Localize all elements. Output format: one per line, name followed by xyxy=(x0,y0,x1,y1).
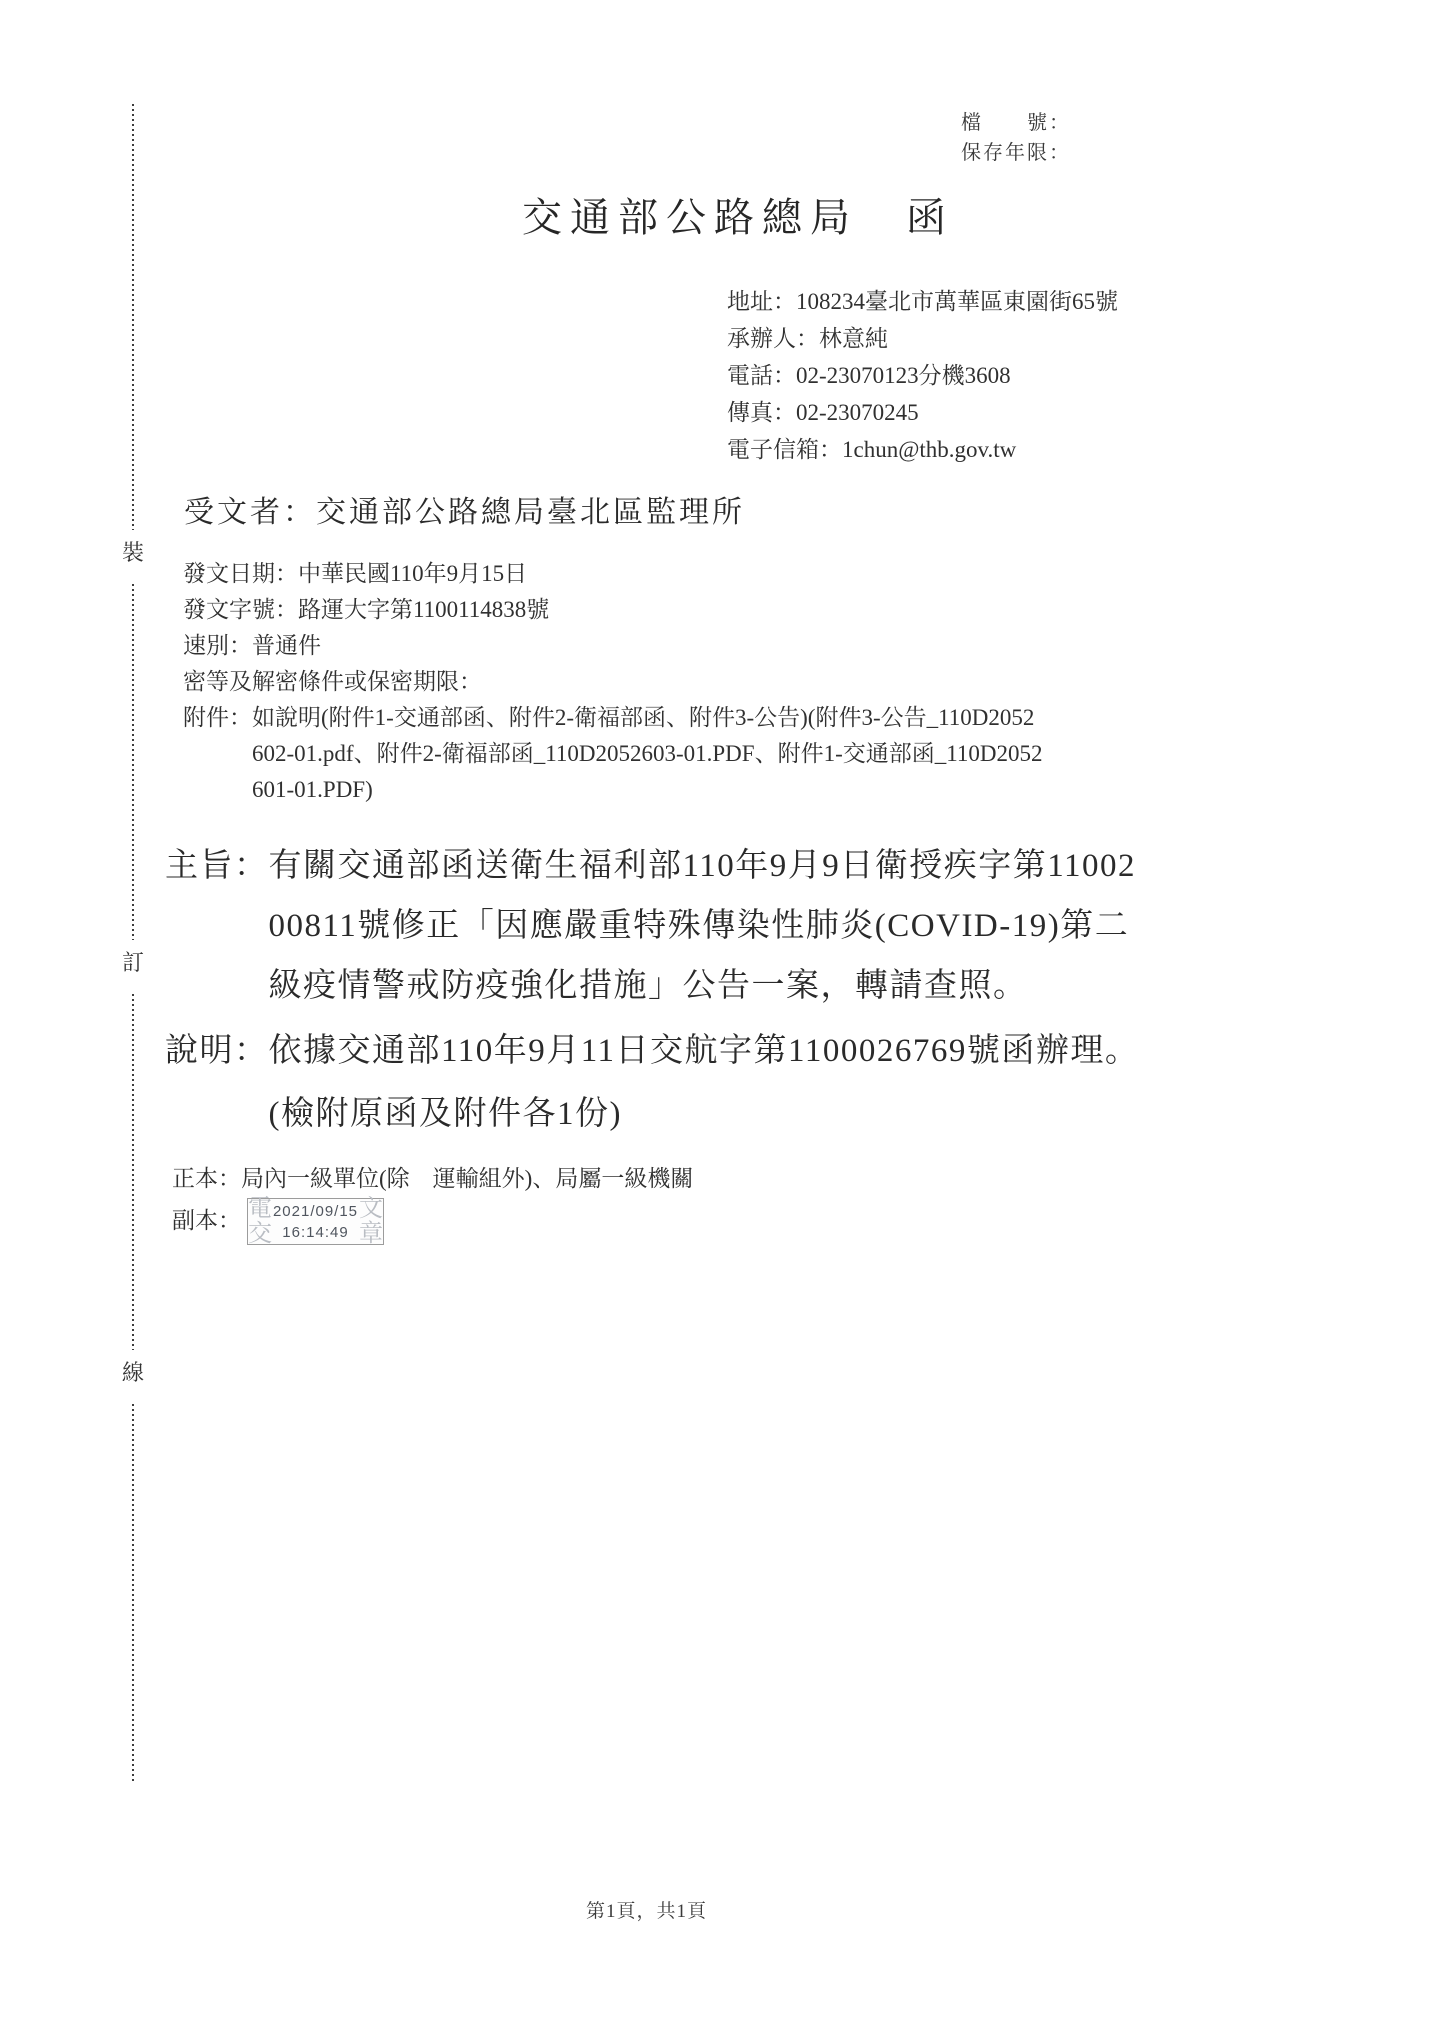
stamp-date: 2021/09/15 xyxy=(248,1201,383,1222)
binding-mark-zhuang: 裝 xyxy=(120,536,146,567)
original-copy-line: 正本：局內一級單位(除 運輸組外)、局屬一級機關 xyxy=(172,1160,693,1193)
explanation-line-1: 依據交通部110年9月11日交航字第1100026769號函辦理。 xyxy=(269,1020,1140,1083)
document-title: 交通部公路總局 函 xyxy=(522,186,954,243)
binding-dots-segment-3 xyxy=(132,994,134,1350)
subject-label: 主旨： xyxy=(165,836,269,1016)
meta-block: 發文日期：中華民國110年9月15日 發文字號：路運大字第1100114838號… xyxy=(183,556,1043,808)
explanation-lines: 依據交通部110年9月11日交航字第1100026769號函辦理。 (檢附原函及… xyxy=(269,1020,1140,1146)
priority-line: 速別：普通件 xyxy=(183,628,1043,664)
sender-contact-block: 地址：108234臺北市萬華區東園街65號 承辦人：林意純 電話：02-2307… xyxy=(727,283,1118,468)
recipient-line: 受文者：交通部公路總局臺北區監理所 xyxy=(184,487,745,531)
sender-phone: 電話：02-23070123分機3608 xyxy=(727,357,1118,394)
explanation-line-2: (檢附原函及附件各1份) xyxy=(269,1083,1140,1146)
subject-section: 主旨： 有關交通部函送衛生福利部110年9月9日衛授疾字第11002 00811… xyxy=(165,836,1136,1016)
security-line: 密等及解密條件或保密期限： xyxy=(183,664,1043,700)
explanation-section: 說明： 依據交通部110年9月11日交航字第1100026769號函辦理。 (檢… xyxy=(165,1020,1139,1146)
attachment-line-3: 601-01.PDF) xyxy=(252,772,1043,808)
sender-email: 電子信箱：1chun@thb.gov.tw xyxy=(727,431,1118,468)
attachment-lines: 如說明(附件1-交通部函、附件2-衛福部函、附件3-公告)(附件3-公告_110… xyxy=(252,700,1043,808)
binding-mark-xian: 線 xyxy=(120,1356,146,1387)
binding-dots-segment-1 xyxy=(132,104,134,530)
binding-dots-segment-2 xyxy=(132,584,134,940)
carbon-copy-row: 副本： 電 文 交 章 2021/09/15 16:14:49 xyxy=(172,1198,384,1245)
attachment-section: 附件： 如說明(附件1-交通部函、附件2-衛福部函、附件3-公告)(附件3-公告… xyxy=(183,700,1043,808)
attachment-line-1: 如說明(附件1-交通部函、附件2-衛福部函、附件3-公告)(附件3-公告_110… xyxy=(252,700,1043,736)
page-footer: 第1頁，共1頁 xyxy=(586,1896,707,1923)
subject-line-3: 級疫情警戒防疫強化措施」公告一案，轉請查照。 xyxy=(269,956,1137,1016)
archive-header: 檔 號： 保存年限： xyxy=(961,108,1071,168)
subject-line-2: 00811號修正「因應嚴重特殊傳染性肺炎(COVID-19)第二 xyxy=(269,896,1137,956)
file-number-label: 檔 號： xyxy=(961,108,1071,138)
binding-dots-segment-4 xyxy=(132,1404,134,1782)
subject-lines: 有關交通部函送衛生福利部110年9月9日衛授疾字第11002 00811號修正「… xyxy=(269,836,1137,1016)
attachment-label: 附件： xyxy=(183,700,252,808)
explanation-label: 說明： xyxy=(165,1020,269,1146)
copy-label: 副本： xyxy=(172,1202,241,1235)
stamp-datetime: 2021/09/15 16:14:49 xyxy=(248,1201,383,1243)
retention-period-label: 保存年限： xyxy=(961,138,1071,168)
electronic-exchange-stamp: 電 文 交 章 2021/09/15 16:14:49 xyxy=(247,1198,384,1245)
doc-number-line: 發文字號：路運大字第1100114838號 xyxy=(183,592,1043,628)
subject-line-1: 有關交通部函送衛生福利部110年9月9日衛授疾字第11002 xyxy=(269,836,1137,896)
binding-mark-ding: 訂 xyxy=(120,946,146,977)
sender-address: 地址：108234臺北市萬華區東園街65號 xyxy=(727,283,1118,320)
issue-date-line: 發文日期：中華民國110年9月15日 xyxy=(183,556,1043,592)
attachment-line-2: 602-01.pdf、附件2-衛福部函_110D2052603-01.PDF、附… xyxy=(252,736,1043,772)
stamp-time: 16:14:49 xyxy=(248,1222,383,1243)
sender-contact-person: 承辦人：林意純 xyxy=(727,320,1118,357)
sender-fax: 傳真：02-23070245 xyxy=(727,394,1118,431)
